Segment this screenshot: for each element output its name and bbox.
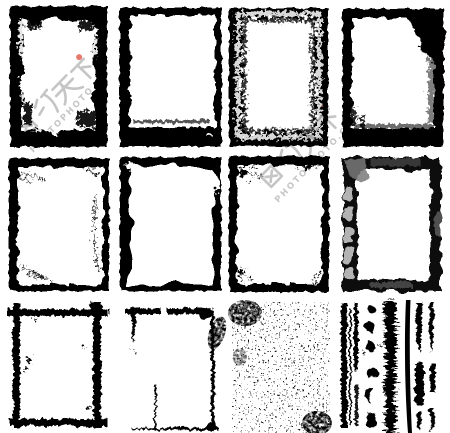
frame-inked-corner xyxy=(343,9,444,147)
corner-spray xyxy=(204,314,230,351)
texture-speckle xyxy=(228,300,332,433)
ragged-stroke xyxy=(385,300,396,433)
frame-brush-broken xyxy=(126,304,230,432)
bottom-brush-zone xyxy=(354,124,434,129)
frame-drybrush-scratch xyxy=(9,158,109,291)
top-gray-band xyxy=(372,158,420,166)
splatter-dots xyxy=(24,319,91,410)
white-nick xyxy=(205,134,214,136)
frame-brush-crossed xyxy=(7,302,108,429)
frames-artwork xyxy=(0,0,450,433)
brush-strokes-set xyxy=(341,300,435,433)
frame-ink-splatter xyxy=(229,156,329,292)
splotch-column xyxy=(366,305,377,428)
bottom-smear xyxy=(133,120,209,123)
corner-curl xyxy=(126,163,133,170)
frame-solid-thick-bottom xyxy=(120,8,222,147)
frame-watercolor-wash xyxy=(343,157,441,291)
curl-dot xyxy=(214,187,217,190)
right-grunge-band xyxy=(428,22,436,122)
frame-sponge-speckle xyxy=(229,8,328,146)
asset-sheet: PHOTOPHOTO.CN PHOTOPHOTO.CN xyxy=(0,0,450,433)
frame-torn-edge xyxy=(120,157,221,291)
bottom-smudge xyxy=(370,282,412,288)
right-gray-mark xyxy=(435,213,441,235)
smooth-stroke xyxy=(405,300,412,433)
frame-grunge-scratchy xyxy=(10,6,107,147)
